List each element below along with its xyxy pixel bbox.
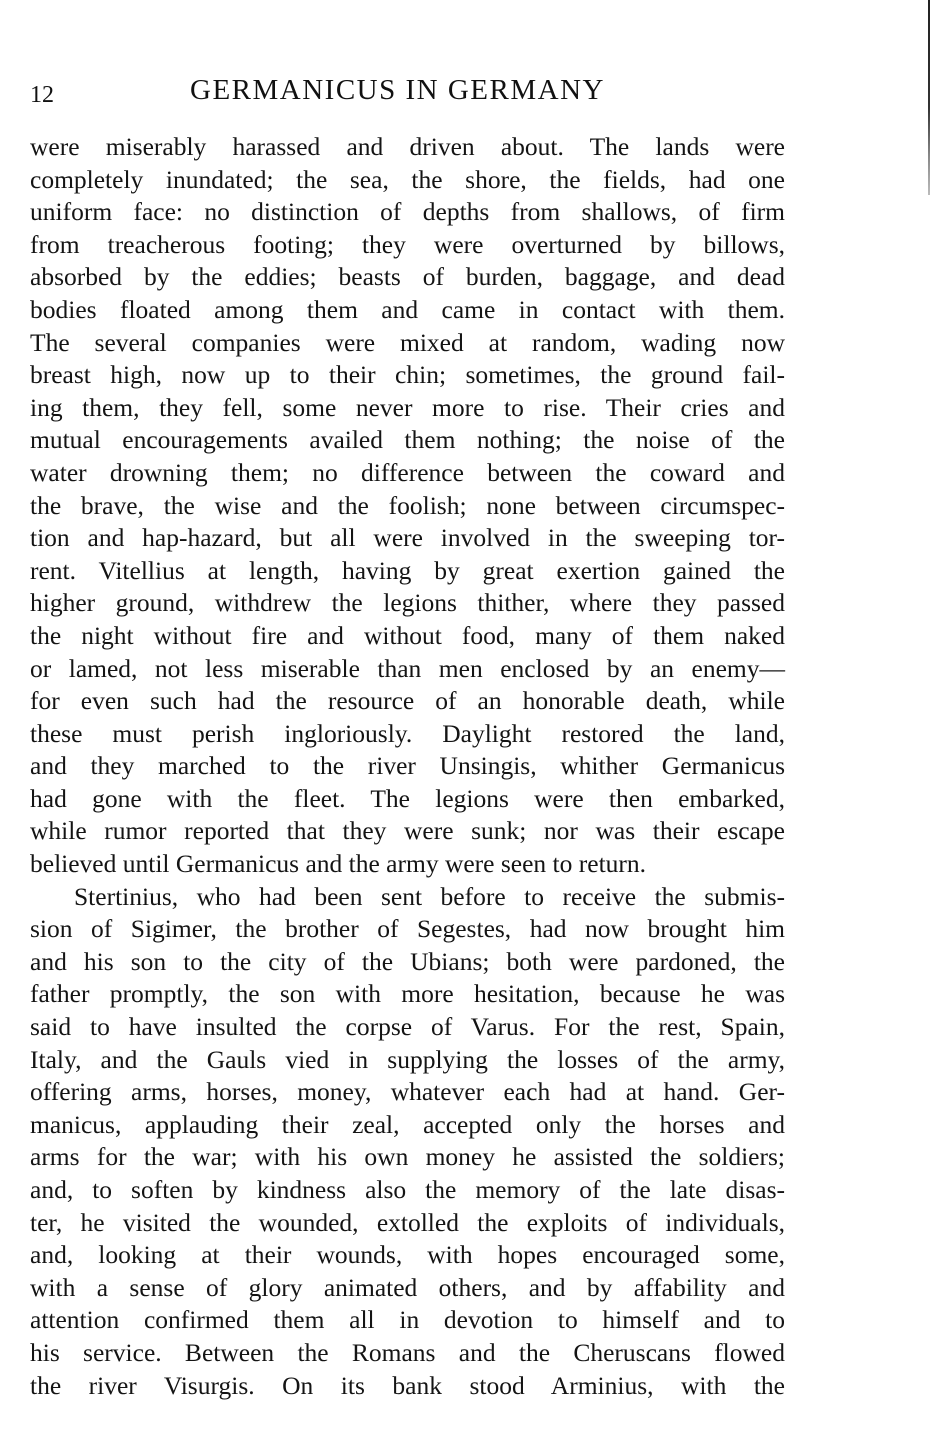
text-line: attention confirmed them all in devotion…	[30, 1304, 785, 1337]
text-line: The several companies were mixed at rand…	[30, 327, 785, 360]
text-line: these must perish ingloriously. Daylight…	[30, 718, 785, 751]
text-line: the river Visurgis. On its bank stood Ar…	[30, 1370, 785, 1403]
text-line: and, looking at their wounds, with hopes…	[30, 1239, 785, 1272]
text-line: and they marched to the river Unsingis, …	[30, 750, 785, 783]
text-line: were miserably harassed and driven about…	[30, 131, 785, 164]
text-line: uniform face: no distinction of depths f…	[30, 196, 785, 229]
text-line: from treacherous footing; they were over…	[30, 229, 785, 262]
text-line: had gone with the fleet. The legions wer…	[30, 783, 785, 816]
page-number: 12	[30, 82, 54, 109]
body-text: were miserably harassed and driven about…	[30, 131, 785, 1402]
text-line: mutual encouragements availed them nothi…	[30, 424, 785, 457]
text-line: offering arms, horses, money, whatever e…	[30, 1076, 785, 1109]
text-line: ing them, they fell, some never more to …	[30, 392, 785, 425]
text-line: completely inundated; the sea, the shore…	[30, 164, 785, 197]
paragraph-end-line: believed until Germanicus and the army w…	[30, 848, 785, 881]
text-line: tion and hap-hazard, but all were involv…	[30, 522, 785, 555]
text-line: sion of Sigimer, the brother of Segestes…	[30, 913, 785, 946]
text-line: and his son to the city of the Ubians; b…	[30, 946, 785, 979]
text-line: and, to soften by kindness also the memo…	[30, 1174, 785, 1207]
text-line: the night without fire and without food,…	[30, 620, 785, 653]
text-line: father promptly, the son with more hesit…	[30, 978, 785, 1011]
text-line: while rumor reported that they were sunk…	[30, 815, 785, 848]
text-line: the brave, the wise and the foolish; non…	[30, 490, 785, 523]
page-header: 12 GERMANICUS IN GERMANY	[0, 74, 950, 114]
text-line: bodies floated among them and came in co…	[30, 294, 785, 327]
text-line: ter, he visited the wounded, extolled th…	[30, 1207, 785, 1240]
text-line: for even such had the resource of an hon…	[30, 685, 785, 718]
text-line: or lamed, not less miserable than men en…	[30, 653, 785, 686]
book-page: 12 GERMANICUS IN GERMANY were miserably …	[0, 0, 950, 1441]
text-line: higher ground, withdrew the legions thit…	[30, 587, 785, 620]
paragraph-start-line: Stertinius, who had been sent before to …	[30, 881, 785, 914]
text-line: rent. Vitellius at length, having by gre…	[30, 555, 785, 588]
text-line: said to have insulted the corpse of Varu…	[30, 1011, 785, 1044]
text-line: Italy, and the Gauls vied in supplying t…	[30, 1044, 785, 1077]
text-line: water drowning them; no difference betwe…	[30, 457, 785, 490]
text-line: absorbed by the eddies; beasts of burden…	[30, 261, 785, 294]
text-line: his service. Between the Romans and the …	[30, 1337, 785, 1370]
text-line: manicus, applauding their zeal, accepted…	[30, 1109, 785, 1142]
text-line: with a sense of glory animated others, a…	[30, 1272, 785, 1305]
text-line: arms for the war; with his own money he …	[30, 1141, 785, 1174]
running-title: GERMANICUS IN GERMANY	[190, 74, 605, 107]
text-line: breast high, now up to their chin; somet…	[30, 359, 785, 392]
